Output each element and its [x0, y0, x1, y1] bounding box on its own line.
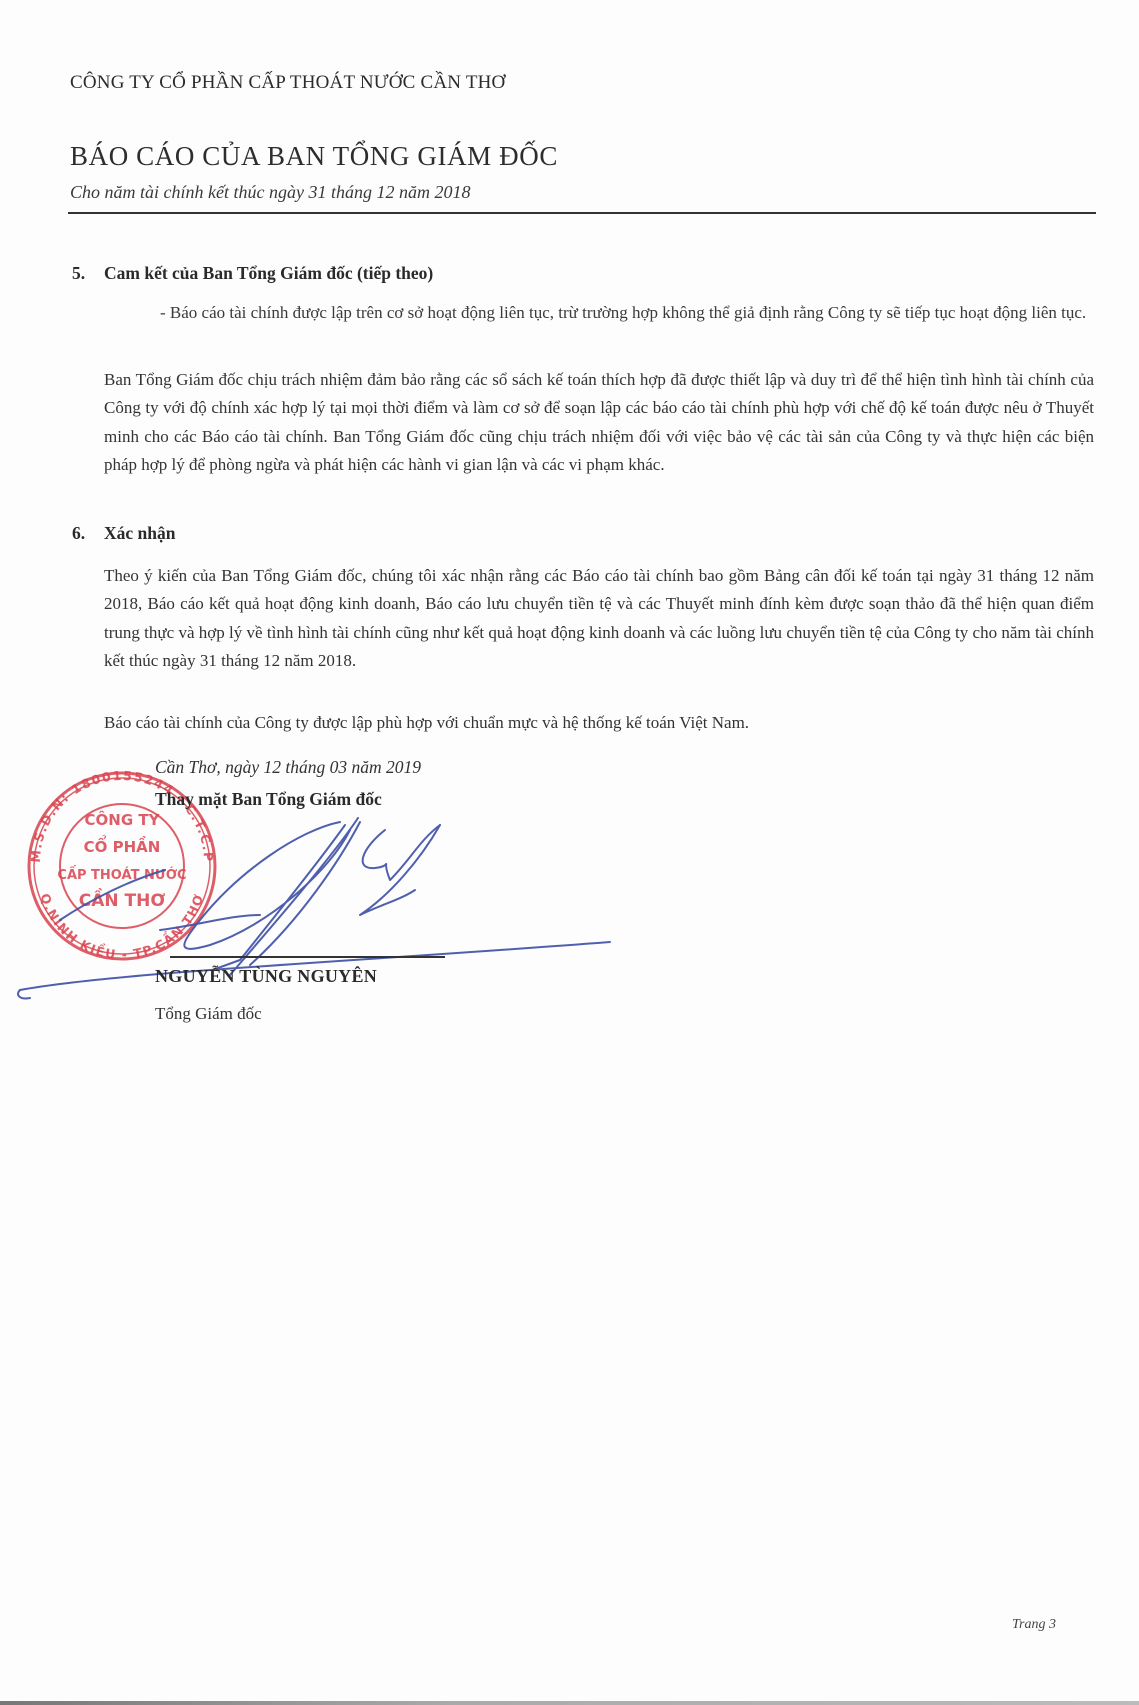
signatory-role: Tổng Giám đốc: [155, 1004, 262, 1024]
scan-edge: [0, 1701, 1139, 1705]
handwritten-signature: [0, 0, 1139, 1705]
page-number: Trang 3: [1012, 1617, 1056, 1633]
signatory-name: NGUYỄN TÙNG NGUYÊN: [155, 966, 377, 987]
